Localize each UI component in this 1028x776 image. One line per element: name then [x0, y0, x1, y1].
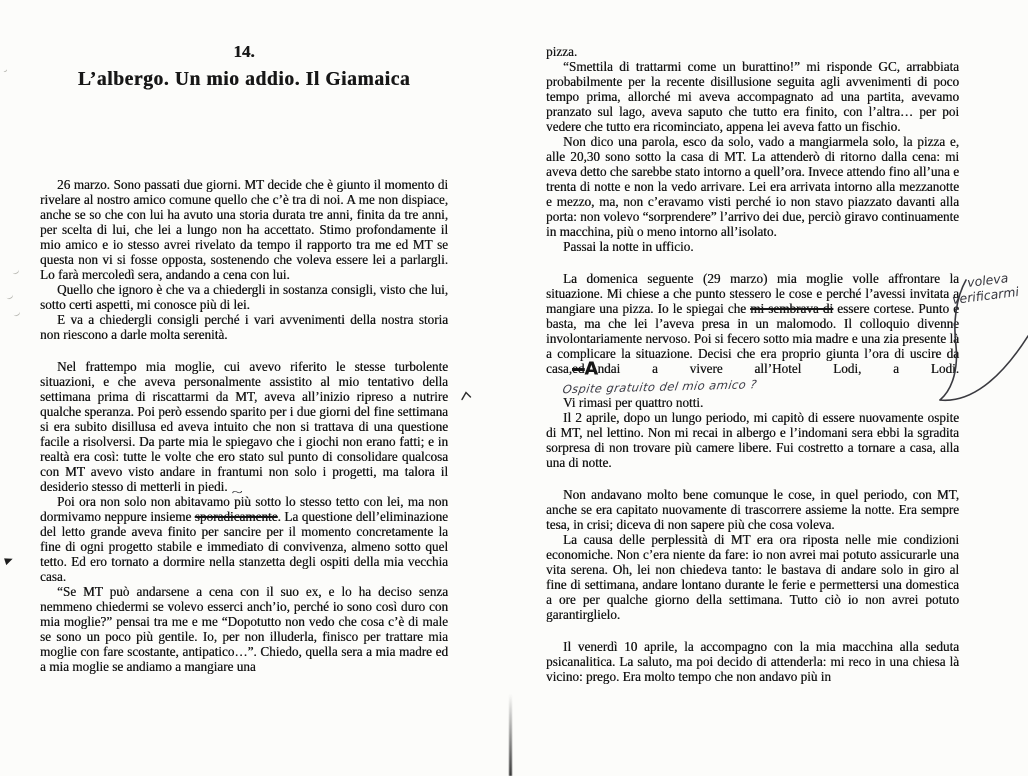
text-run: ndai a vivere all’Hotel Lodi, a Lodi.	[597, 361, 959, 376]
text-run: Poi ora non solo non abitava	[57, 494, 213, 509]
paragraph: E va a chiedergli consigli perché i vari…	[40, 312, 448, 342]
paragraph: Quello che ignoro è che va a chiedergli …	[40, 282, 448, 312]
handwritten-capital: A	[584, 360, 597, 380]
margin-triangle-mark	[4, 556, 14, 565]
paragraph: Non andavano molto bene comunque le cose…	[546, 487, 959, 532]
text-run: E va a chiedergli consigli perché i vari…	[40, 312, 448, 342]
paragraph: “Smettila di trattarmi come un burattino…	[546, 59, 959, 134]
chapter-title: L’albergo. Un mio addio. Il Giamaica	[40, 72, 448, 87]
left-page-column: 14. L’albergo. Un mio addio. Il Giamaica…	[40, 0, 448, 674]
right-page-column: pizza.“Smettila di trattarmi come un bur…	[546, 44, 959, 684]
margin-tick-mark	[461, 391, 472, 401]
struck-text: ed	[572, 361, 584, 376]
text-run: Passai la notte in ufficio.	[563, 239, 694, 254]
text-run: Il 2 aprile, dopo un lungo periodo, mi c…	[546, 410, 959, 470]
gutter-shadow	[509, 694, 512, 776]
struck-text: sporadicamente	[195, 509, 278, 524]
text-run: “Se MT può andarsene a cena con il suo e…	[40, 584, 448, 674]
paragraph: Non dico una parola, esco da solo, vado …	[546, 134, 959, 239]
handwritten-inline-note: Ospite gratuito del mio amico ?	[544, 377, 757, 398]
paragraph: “Se MT può andarsene a cena con il suo e…	[40, 584, 448, 674]
paragraph: Nel frattempo mia moglie, cui avevo rife…	[40, 359, 448, 494]
struck-text: mi sembrava di	[750, 301, 833, 316]
text-run: Non andavano molto bene comunque le cose…	[546, 487, 959, 532]
text-run: pizza.	[546, 44, 577, 59]
pencil-mark	[11, 267, 20, 276]
text-run: “Smettila di trattarmi come un burattino…	[546, 59, 959, 134]
correction-mark: m	[213, 494, 223, 509]
text-run: Quello che ignoro è che va a chiedergli …	[40, 282, 448, 312]
text-run: Vi rimasi per quattro notti.	[563, 395, 703, 410]
text-run: 26 marzo. Sono passati due giorni. MT de…	[40, 177, 448, 282]
pencil-mark	[5, 292, 14, 301]
paragraph: Vi rimasi per quattro notti.	[546, 395, 959, 410]
paragraph: 26 marzo. Sono passati due giorni. MT de…	[40, 177, 448, 282]
text-run: La causa delle perplessità di MT era ora…	[546, 532, 959, 622]
pencil-mark	[12, 309, 21, 318]
text-run: Non dico una parola, esco da solo, vado …	[546, 134, 959, 239]
paragraph: Il 2 aprile, dopo un lungo periodo, mi c…	[546, 410, 959, 470]
chapter-number: 14.	[40, 44, 448, 59]
paragraph: La domenica seguente (29 marzo) mia mogl…	[546, 271, 959, 395]
paragraph: Il venerdì 10 aprile, la accompagno con …	[546, 639, 959, 684]
paragraph: Passai la notte in ufficio.	[546, 239, 959, 254]
book-spread: 14. L’albergo. Un mio addio. Il Giamaica…	[0, 0, 1028, 776]
margin-annotation-curve	[920, 272, 1028, 412]
text-run: Nel frattempo mia moglie, cui avevo rife…	[40, 359, 448, 494]
paragraph: Poi ora non solo non abitavamo più sotto…	[40, 494, 448, 584]
paragraph: La causa delle perplessità di MT era ora…	[546, 532, 959, 622]
paragraph: pizza.	[546, 44, 959, 59]
pencil-mark	[2, 67, 7, 72]
text-run: Il venerdì 10 aprile, la accompagno con …	[546, 639, 959, 684]
